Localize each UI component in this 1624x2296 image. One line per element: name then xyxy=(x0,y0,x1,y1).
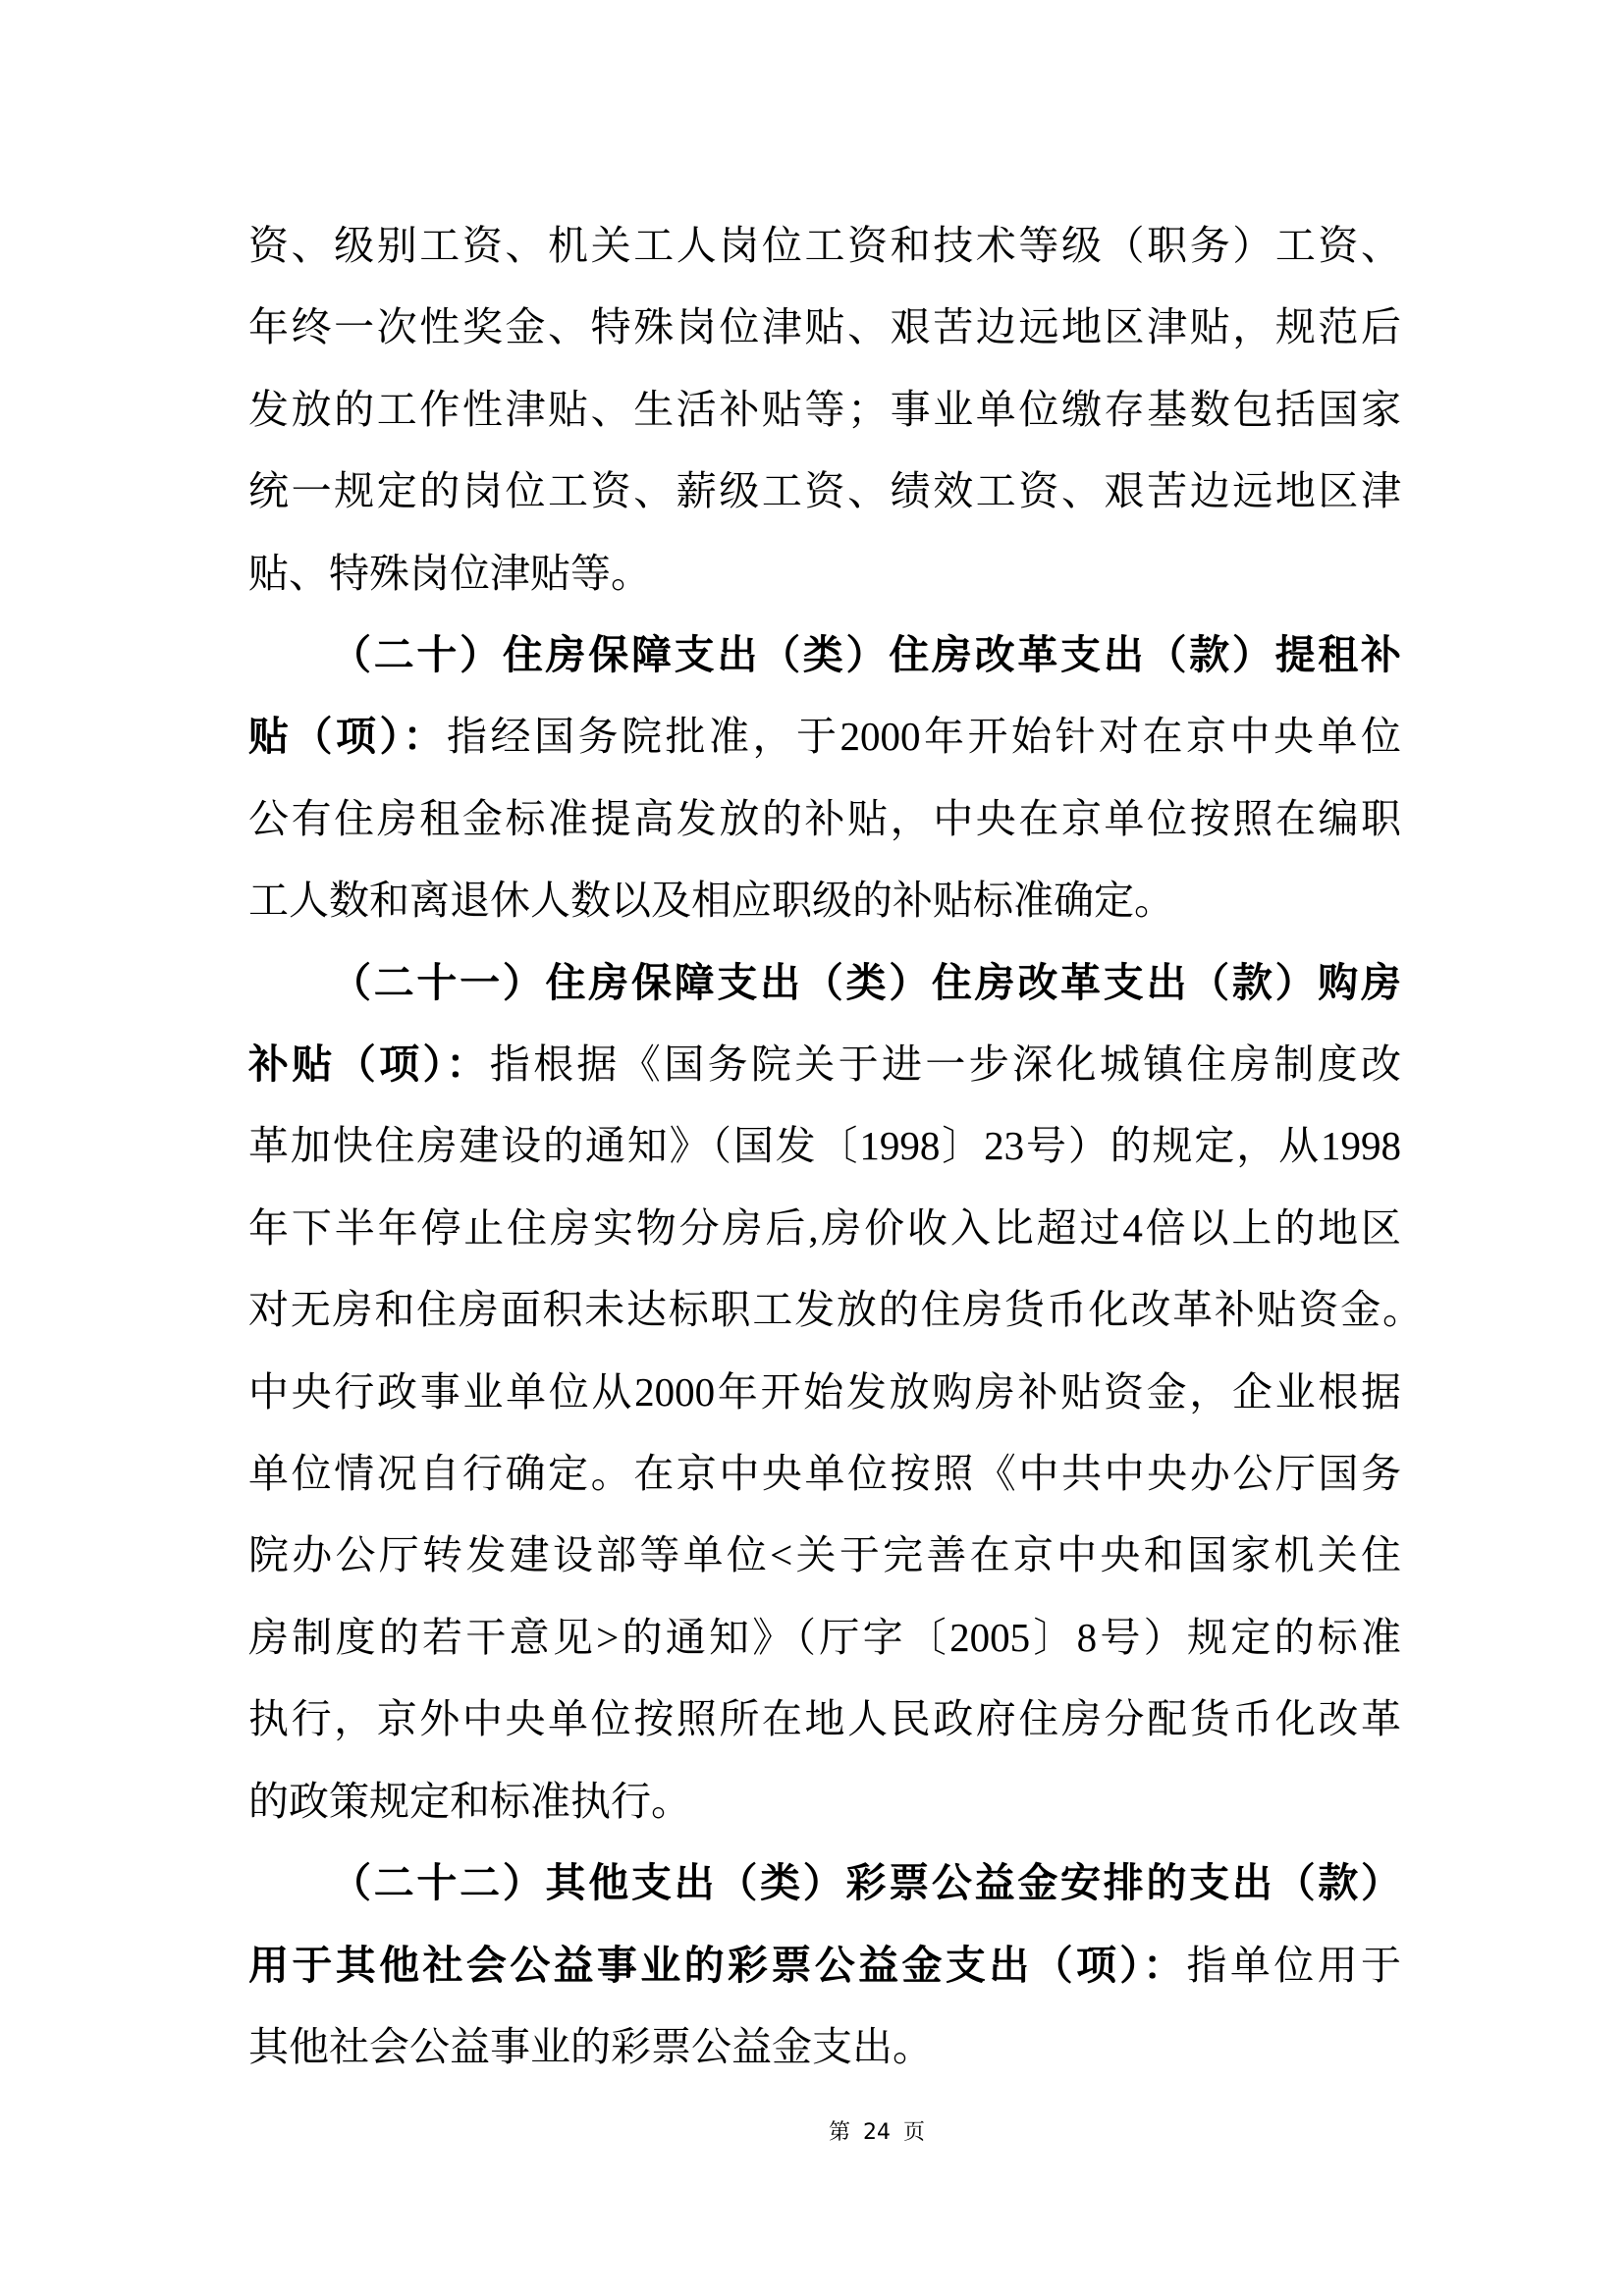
body-text: 指单位用于 xyxy=(1187,1943,1401,1988)
text-line: 用于其他社会公益事业的彩票公益金支出（项）：指单位用于 xyxy=(248,1936,1401,1995)
text-line: 的政策规定和标准执行。 xyxy=(248,1772,1401,1831)
text-line: 公有住房租金标准提高发放的补贴，中央在京单位按照在编职 xyxy=(248,789,1401,848)
text-line: 院办公厅转发建设部等单位<关于完善在京中央和国家机关住 xyxy=(248,1525,1401,1584)
document-page: 资、级别工资、机关工人岗位工资和技术等级（职务）工资、 年终一次性奖金、特殊岗位… xyxy=(0,0,1624,2296)
text-line: 革加快住房建设的通知》（国发〔1998〕23号）的规定，从1998 xyxy=(248,1116,1401,1175)
text-line: 年终一次性奖金、特殊岗位津贴、艰苦边远地区津贴，规范后 xyxy=(248,297,1401,356)
heading-text: （二十二）其他支出（类）彩票公益金安排的支出（款） xyxy=(331,1859,1401,1906)
text-line: 贴（项）：指经国务院批准，于2000年开始针对在京中央单位 xyxy=(248,707,1401,766)
body-text: 指根据《国务院关于进一步深化城镇住房制度改 xyxy=(490,1041,1401,1087)
text-line: 工人数和离退休人数以及相应职级的补贴标准确定。 xyxy=(248,871,1401,930)
body-text: 指经国务院批准，于2000年开始针对在京中央单位 xyxy=(447,714,1401,759)
heading-text: 补贴（项）： xyxy=(248,1041,490,1088)
text-line: 执行，京外中央单位按照所在地人民政府住房分配货币化改革 xyxy=(248,1689,1401,1748)
heading-text: （二十一）住房保障支出（类）住房改革支出（款）购房 xyxy=(331,959,1401,1006)
text-line: 资、级别工资、机关工人岗位工资和技术等级（职务）工资、 xyxy=(248,216,1401,275)
text-line: 单位情况自行确定。在京中央单位按照《中共中央办公厅国务 xyxy=(248,1444,1401,1503)
heading-text: （二十）住房保障支出（类）住房改革支出（款）提租补 xyxy=(331,631,1401,678)
heading-text: 用于其他社会公益事业的彩票公益金支出（项）： xyxy=(248,1942,1187,1989)
text-line: 中央行政事业单位从2000年开始发放购房补贴资金，企业根据 xyxy=(248,1362,1401,1421)
text-line: 贴、特殊岗位津贴等。 xyxy=(248,544,1401,603)
text-line: 对无房和住房面积未达标职工发放的住房货币化改革补贴资金。 xyxy=(248,1280,1423,1339)
section-heading-21: （二十一）住房保障支出（类）住房改革支出（款）购房 xyxy=(331,953,1401,1012)
text-line: 年下半年停止住房实物分房后,房价收入比超过4倍以上的地区 xyxy=(248,1199,1401,1257)
text-line: 补贴（项）：指根据《国务院关于进一步深化城镇住房制度改 xyxy=(248,1035,1401,1094)
heading-text: 贴（项）： xyxy=(248,713,447,760)
text-line: 统一规定的岗位工资、薪级工资、绩效工资、艰苦边远地区津 xyxy=(248,461,1401,520)
section-heading-22: （二十二）其他支出（类）彩票公益金安排的支出（款） xyxy=(331,1853,1401,1912)
text-line: 其他社会公益事业的彩票公益金支出。 xyxy=(248,2017,1401,2076)
page-number-footer: 第 24 页 xyxy=(779,2118,975,2148)
text-line: 房制度的若干意见>的通知》（厅字〔2005〕8号）规定的标准 xyxy=(248,1608,1401,1667)
text-line: 发放的工作性津贴、生活补贴等；事业单位缴存基数包括国家 xyxy=(248,380,1401,439)
section-heading-20: （二十）住房保障支出（类）住房改革支出（款）提租补 xyxy=(331,625,1401,684)
